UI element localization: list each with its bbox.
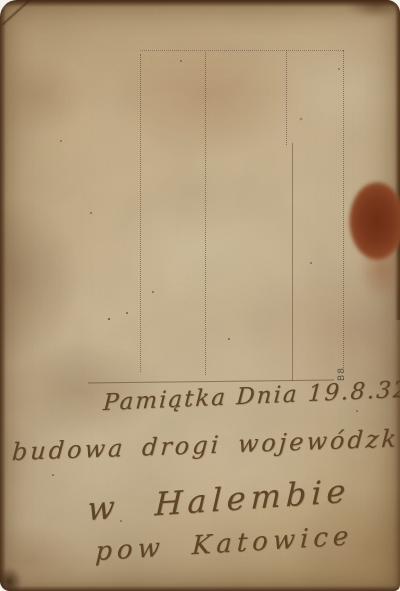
darkened-left-edge <box>0 0 6 591</box>
bottom-left-corner-spot <box>0 567 22 591</box>
photo-card: Pamiątka Dnia 19.8.32. budowa drogi woje… <box>0 0 400 591</box>
handwriting-line-3: w Halembie <box>87 472 351 529</box>
top-right-corner-smudge <box>346 0 400 18</box>
handwriting-line-1: Pamiątka Dnia 19.8.32. <box>102 376 400 416</box>
handwriting-line-2: budowa drogi wojewódzkiej <box>11 423 400 466</box>
handwriting-line-4: pow Katowice <box>95 521 354 567</box>
impression-line-vertical-1 <box>140 54 141 372</box>
printer-mark: B8 <box>330 363 354 385</box>
impression-line-horizontal-top <box>140 50 343 51</box>
foxing-specks <box>108 318 110 320</box>
impression-line-vertical-2 <box>205 52 206 375</box>
ink-stain-smear <box>358 240 400 300</box>
impression-line-vertical-3-upper <box>286 50 287 145</box>
darkened-bottom-edge <box>0 586 400 591</box>
impression-line-vertical-3-lower <box>292 143 293 381</box>
scanned-photo-back: Pamiątka Dnia 19.8.32. budowa drogi woje… <box>0 0 400 591</box>
darkened-top-edge <box>0 0 400 7</box>
